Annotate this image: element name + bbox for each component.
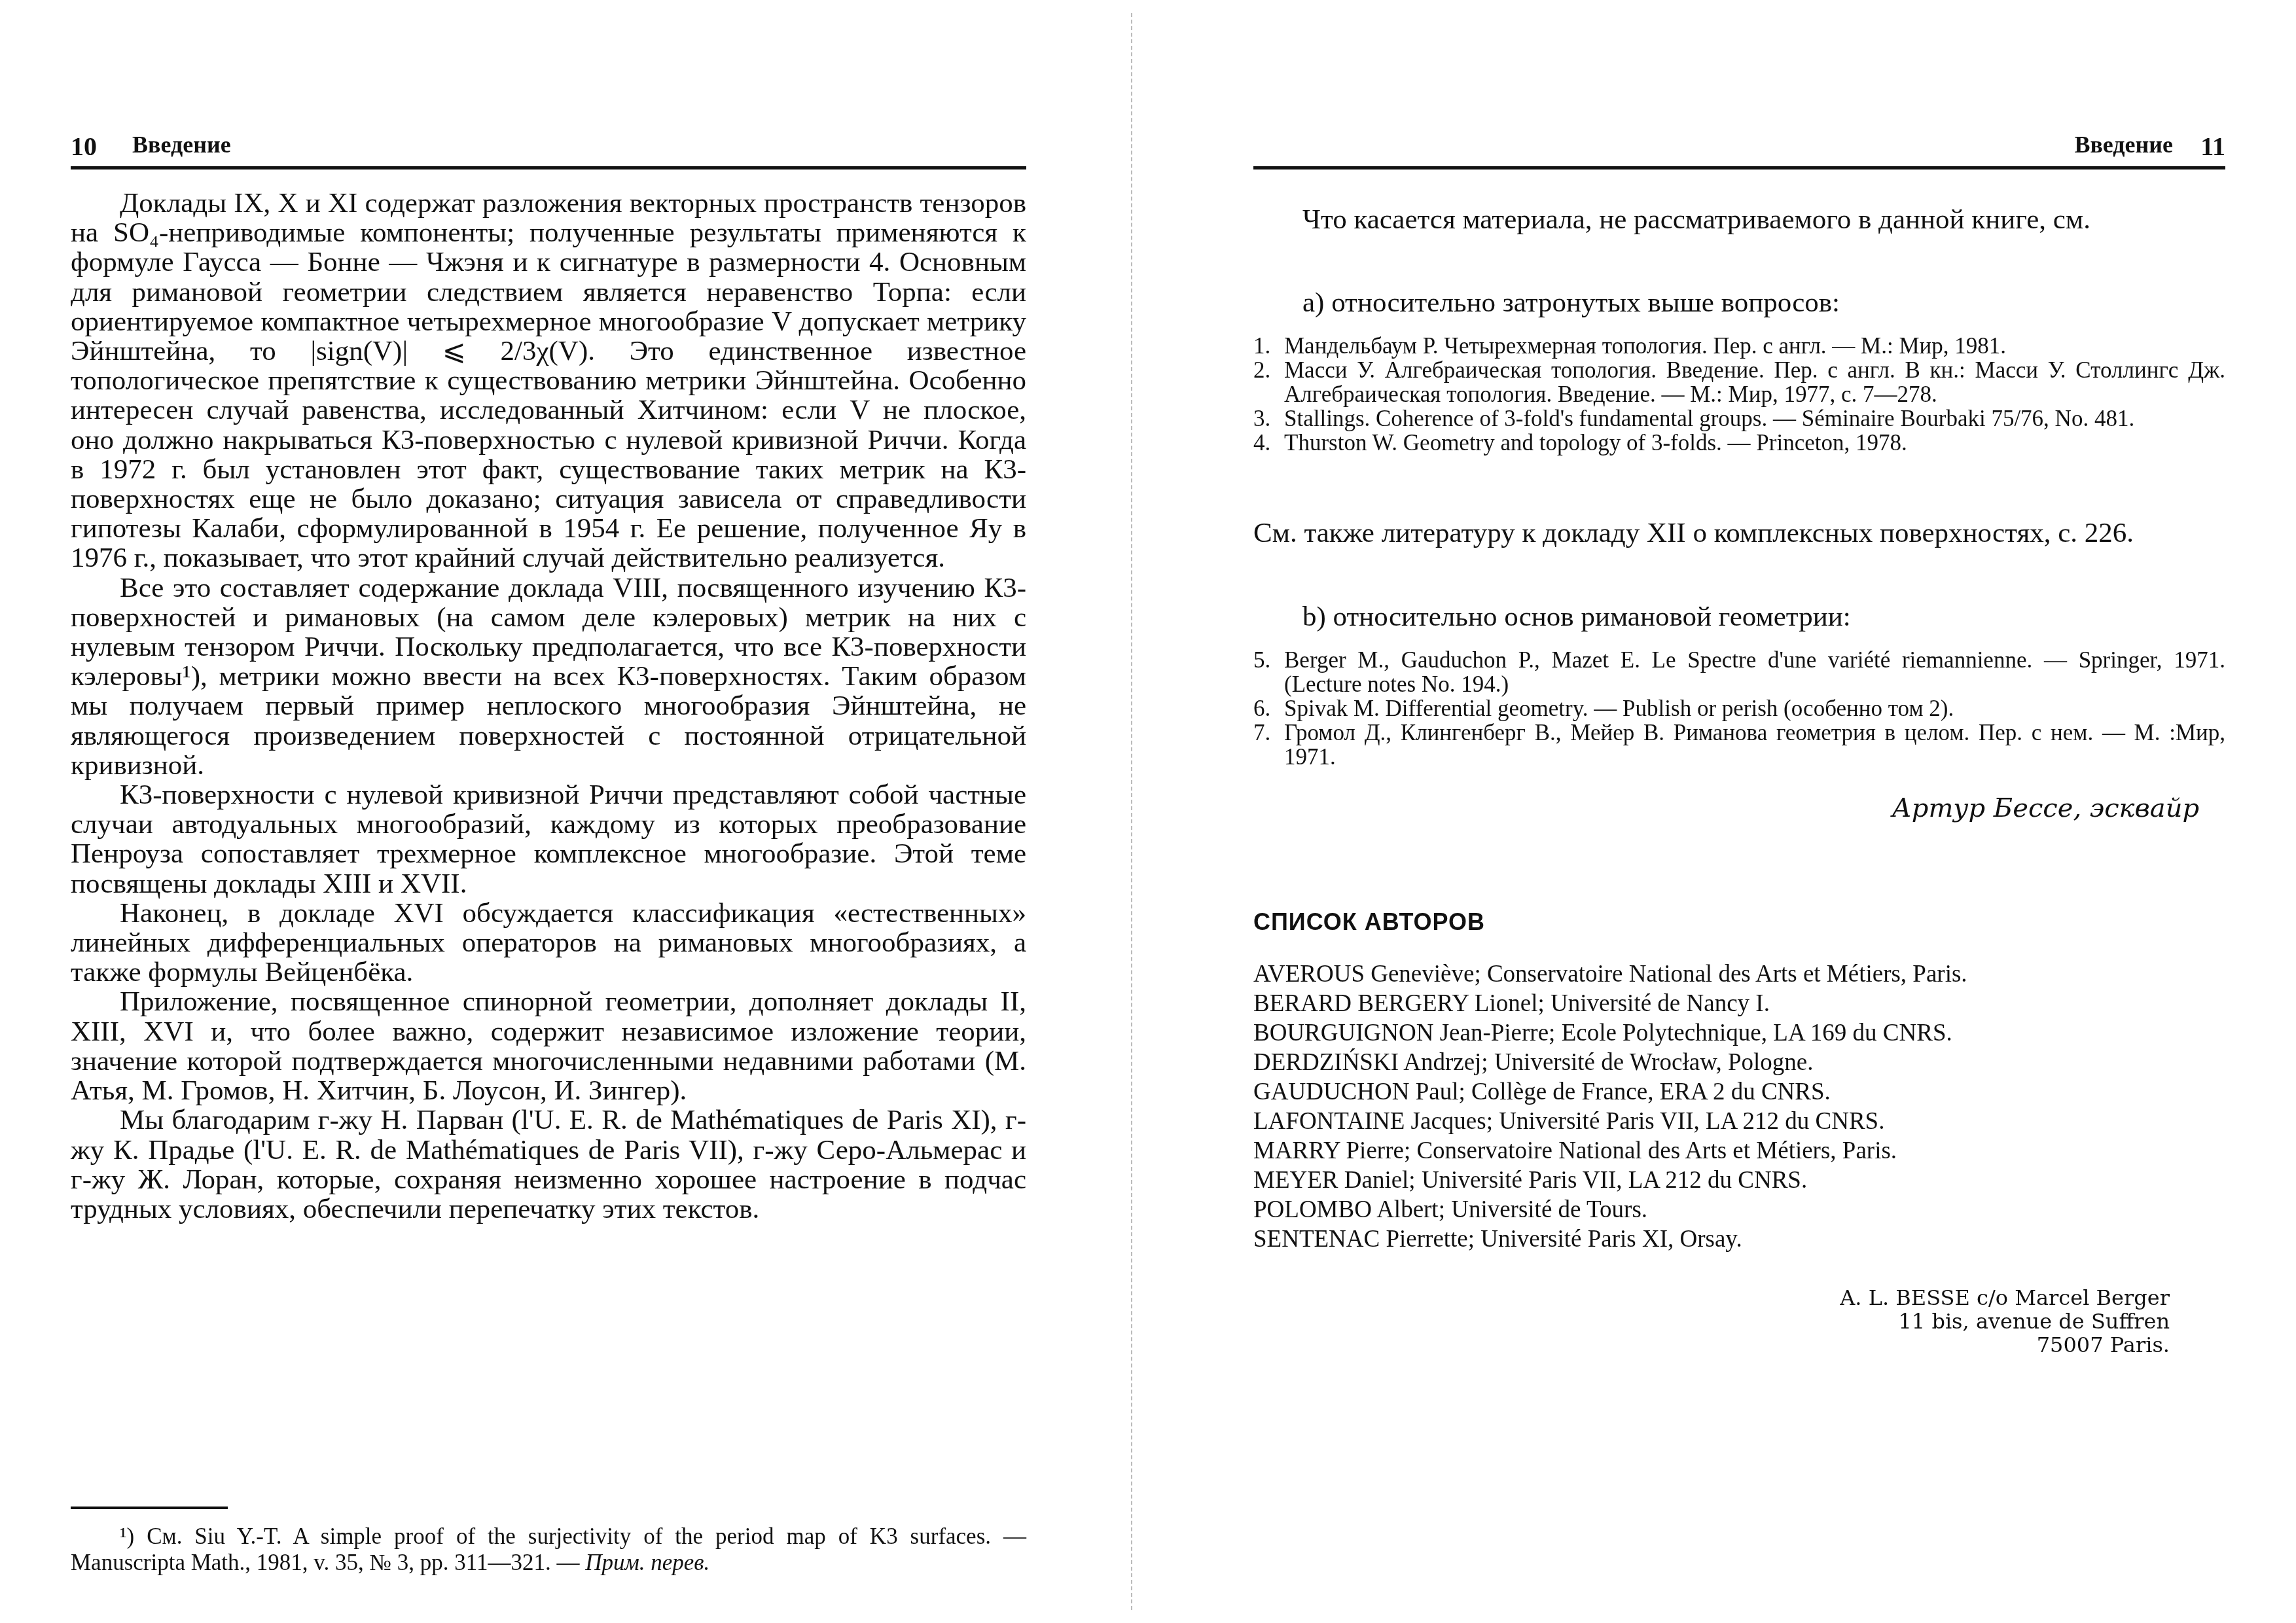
- header-rule: [1253, 166, 2225, 169]
- footnote-marker: ¹): [120, 1524, 134, 1549]
- reference-item: 4.Thurston W. Geometry and topology of 3…: [1253, 431, 2225, 455]
- contact-address: A. L. BESSE c/o Marcel Berger 11 bis, av…: [1840, 1286, 2170, 1357]
- page-number: 10: [71, 131, 97, 162]
- paragraph: Доклады IX, X и XI содержат разложения в…: [71, 188, 1026, 573]
- author-entry: SENTENAC Pierrette; Université Paris XI,…: [1253, 1224, 2225, 1254]
- footnote-translator-note: Прим. перев.: [585, 1550, 709, 1575]
- paragraph: Мы благодарим г-жу Н. Парван (l'U. E. R.…: [71, 1105, 1026, 1224]
- see-also-text: См. также литературу к докладу XII о ком…: [1253, 517, 2225, 550]
- paragraph: К3-поверхности с нулевой кривизной Риччи…: [71, 780, 1026, 899]
- running-head: 10 Введение: [71, 126, 1026, 164]
- author-entry: DERDZIŃSKI Andrzej; Université de Wrocła…: [1253, 1048, 2225, 1077]
- reference-list-a: 1.Мандельбаум Р. Четырехмерная топология…: [1253, 334, 2225, 455]
- right-page: Введение 11 Что касается материала, не р…: [1253, 0, 2225, 1623]
- author-entry: GAUDUCHON Paul; Collège de France, ERA 2…: [1253, 1077, 2225, 1107]
- reference-item: 2.Масси У. Алгебраическая топология. Вве…: [1253, 358, 2225, 406]
- reference-item: 1.Мандельбаум Р. Четырехмерная топология…: [1253, 334, 2225, 358]
- author-entry: LAFONTAINE Jacques; Université Paris VII…: [1253, 1107, 2225, 1136]
- address-line: 11 bis, avenue de Suffren: [1840, 1310, 2170, 1333]
- author-entry: BOURGUIGNON Jean-Pierre; Ecole Polytechn…: [1253, 1018, 2225, 1048]
- author-entry: MEYER Daniel; Université Paris VII, LA 2…: [1253, 1166, 2225, 1195]
- reference-item: 3.Stallings. Coherence of 3-fold's funda…: [1253, 406, 2225, 431]
- section-b-heading: b) относительно основ римановой геометри…: [1302, 601, 1851, 633]
- reference-item: 6.Spivak M. Differential geometry. — Pub…: [1253, 696, 2225, 721]
- reference-item: 5.Berger M., Gauduchon P., Mazet E. Le S…: [1253, 648, 2225, 696]
- authors-heading: СПИСОК АВТОРОВ: [1253, 908, 1485, 936]
- running-head-title: Введение: [2074, 131, 2173, 158]
- address-line: A. L. BESSE c/o Marcel Berger: [1840, 1286, 2170, 1310]
- body-text: Доклады IX, X и XI содержат разложения в…: [71, 188, 1026, 1224]
- reference-item: 7.Громол Д., Клингенберг В., Мейер В. Ри…: [1253, 721, 2225, 769]
- paragraph: Наконец, в докладе XVI обсуждается класс…: [71, 899, 1026, 988]
- running-head-title: Введение: [132, 131, 231, 158]
- footnote: ¹) См. Siu Y.-T. A simple proof of the s…: [71, 1524, 1026, 1576]
- author-entry: BERARD BERGERY Lionel; Université de Nan…: [1253, 989, 2225, 1018]
- authors-list: AVEROUS Geneviève; Conservatoire Nationa…: [1253, 959, 2225, 1254]
- page-number: 11: [2200, 131, 2225, 162]
- address-line: 75007 Paris.: [1840, 1333, 2170, 1357]
- left-page: 10 Введение Доклады IX, X и XI содержат …: [71, 0, 1026, 1623]
- author-entry: POLOMBO Albert; Université de Tours.: [1253, 1195, 2225, 1224]
- running-head: Введение 11: [1253, 126, 2225, 164]
- reference-list-b: 5.Berger M., Gauduchon P., Mazet E. Le S…: [1253, 648, 2225, 769]
- footnote-text: См. Siu Y.-T. A simple proof of the surj…: [71, 1524, 1026, 1575]
- book-spine-gutter: [1131, 13, 1132, 1610]
- paragraph: Все это составляет содержание доклада VI…: [71, 573, 1026, 780]
- intro-text: Что касается материала, не рассматриваем…: [1253, 204, 2225, 236]
- paragraph: Приложение, посвященное спинорной геомет…: [71, 987, 1026, 1105]
- intro-paragraph: Что касается материала, не рассматриваем…: [1253, 204, 2225, 236]
- author-entry: MARRY Pierre; Conservatoire National des…: [1253, 1136, 2225, 1166]
- signature: Артур Бессе, эсквайр: [1892, 793, 2199, 823]
- section-a-heading: a) относительно затронутых выше вопросов…: [1302, 287, 1840, 319]
- author-entry: AVEROUS Geneviève; Conservatoire Nationa…: [1253, 959, 2225, 989]
- header-rule: [71, 166, 1026, 169]
- footnote-rule: [71, 1507, 228, 1509]
